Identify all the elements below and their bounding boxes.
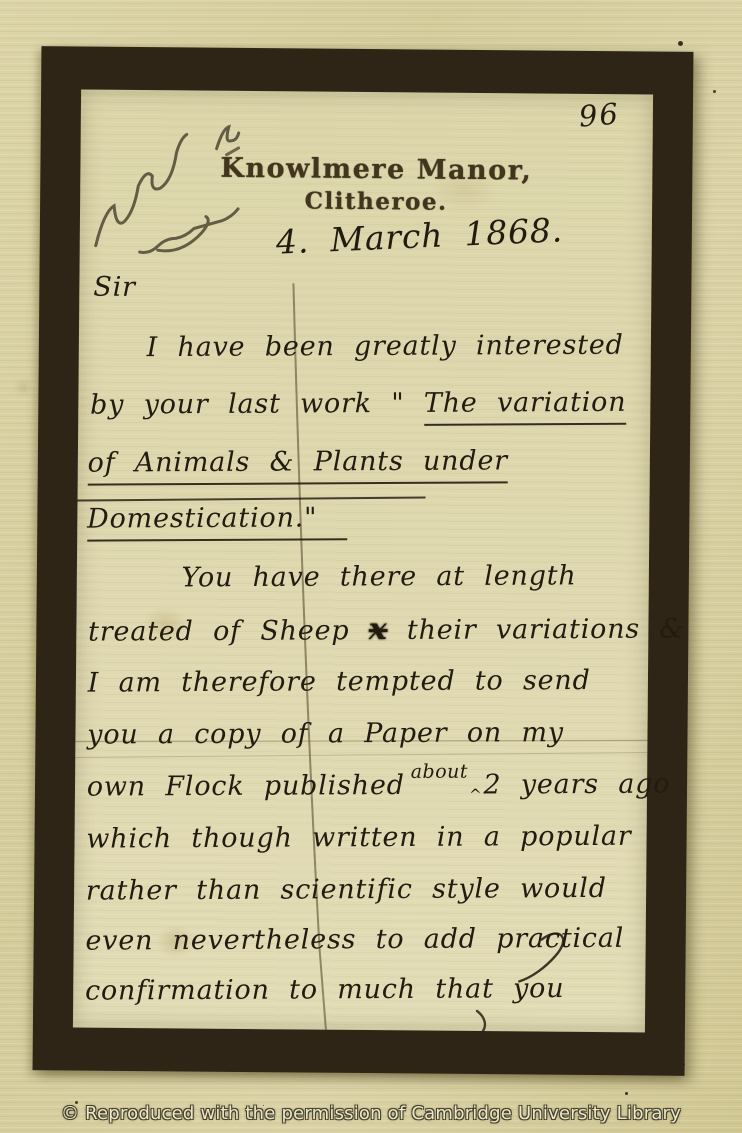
letter-line: by your last work " The variation: [90, 387, 626, 421]
letter-line-text: own Flock published: [87, 770, 405, 803]
photo-mat-frame: 96 Knowlmere Manor, Clitheroe. 4. March …: [33, 46, 694, 1076]
letter-line: I have been greatly interested: [147, 330, 624, 363]
interlinear-insertion: about: [411, 761, 468, 783]
letterhead: Knowlmere Manor, Clitheroe.: [166, 152, 587, 217]
letter-line: confirmation to much that you: [85, 973, 565, 1007]
letter-line: of Animals & Plants under: [88, 445, 508, 478]
library-permission-caption: © Reproduced with the permission of Camb…: [0, 1103, 742, 1124]
letter-line: You have there at length: [182, 560, 577, 593]
scanned-letter-page: 96 Knowlmere Manor, Clitheroe. 4. March …: [0, 0, 742, 1133]
date-line: 4. March 1868.: [275, 210, 564, 261]
letter-line: rather than scientific style would: [86, 873, 607, 907]
second-underline-stroke: [78, 497, 426, 502]
underlined-title-text: The variation: [424, 387, 627, 426]
letter-line: Domestication.": [87, 502, 347, 534]
letter-paper: 96 Knowlmere Manor, Clitheroe. 4. March …: [73, 90, 653, 1033]
insertion-caret: ^: [469, 786, 482, 804]
letter-line: own Flock publishedabout^2 years ago: [87, 769, 671, 803]
salutation: Sir: [93, 272, 136, 303]
letter-line-text: 2 years ago: [483, 769, 670, 801]
letterhead-manor-name: Knowlmere Manor,: [166, 152, 586, 187]
letter-line: even nevertheless to add practical: [85, 923, 624, 957]
letter-line-text: treated of Sheep: [88, 615, 369, 647]
letter-line: I am therefore tempted to send: [88, 665, 591, 699]
letter-line: treated of Sheep x their variations &: [88, 610, 684, 648]
page-number: 96: [578, 96, 621, 133]
underlined-title-text: of Animals & Plants under: [88, 445, 508, 485]
struck-out-word: x: [369, 612, 388, 647]
letter-line: which though written in a popular: [86, 821, 631, 855]
underlined-title-text: Domestication.": [87, 502, 347, 541]
letter-line-text: by your last work ": [90, 388, 424, 421]
letter-line: you a copy of a Paper on my: [87, 717, 564, 750]
letter-line-text: their variations &: [387, 613, 684, 646]
